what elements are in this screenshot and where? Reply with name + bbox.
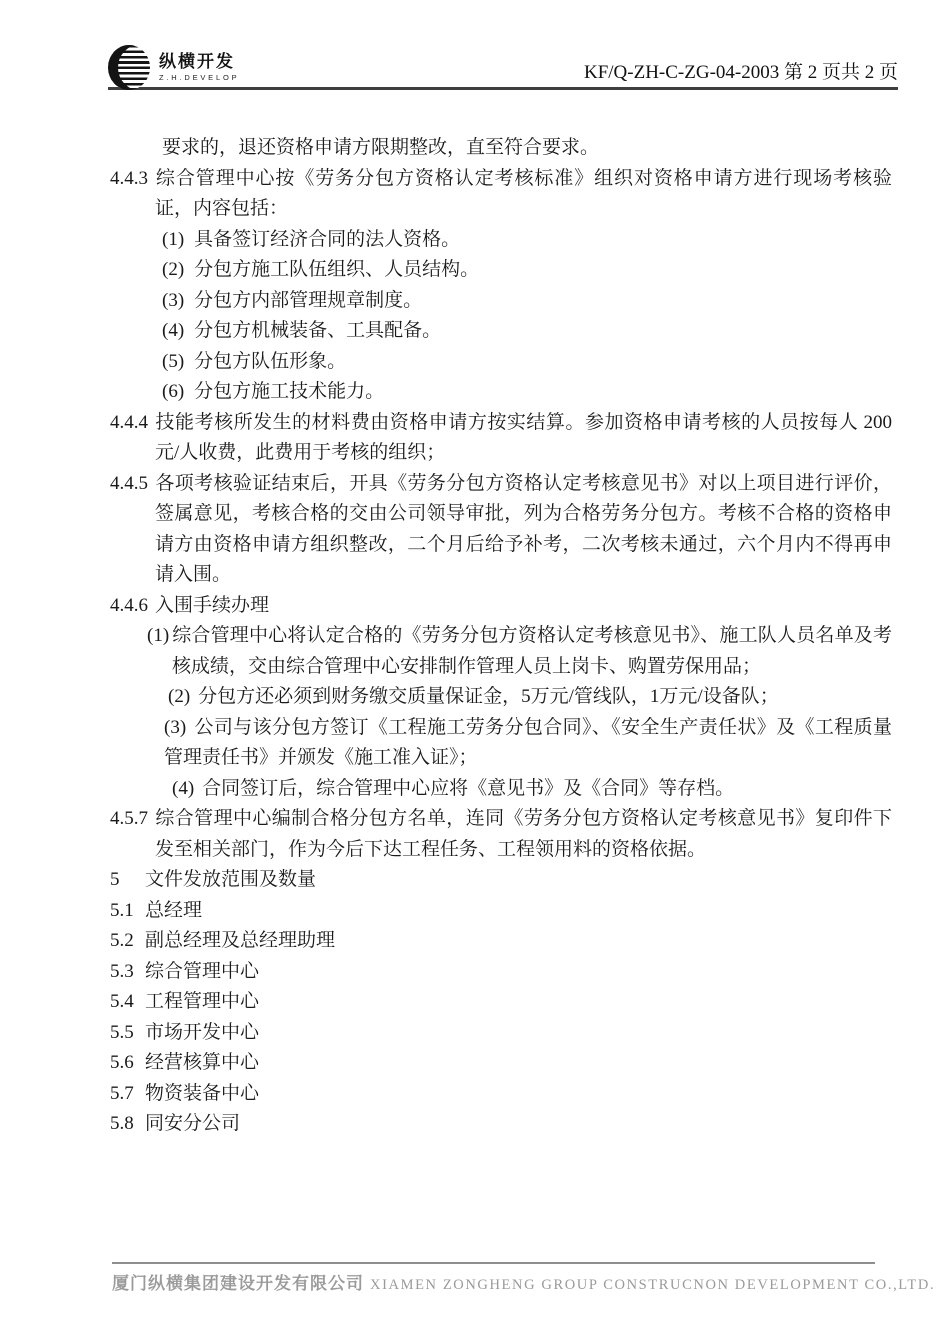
section-4-4-3: 4.4.3综合管理中心按《劳务分包方资格认定考核标准》组织对资格申请方进行现场考…: [155, 164, 892, 225]
section-4-4-5: 4.4.5各项考核验证结束后，开具《劳务分包方资格认定考核意见书》对以上项目进行…: [155, 469, 892, 591]
list-item-number: (3): [164, 717, 186, 738]
list-item-text: 具备签订经济合同的法人资格。: [194, 229, 460, 250]
paragraph-text: 综合管理中心按《劳务分包方资格认定考核标准》组织对资格申请方进行现场考核验证，内…: [155, 168, 892, 220]
list-item-number: (1): [162, 229, 184, 250]
section-5-8: 5.8同安分公司: [110, 1109, 892, 1140]
section-5-6: 5.6经营核算中心: [110, 1048, 892, 1079]
section-number: 5.2: [110, 926, 145, 957]
list-item-text: 公司与该分包方签订《工程施工劳务分包合同》、《安全生产责任状》及《工程质量管理责…: [164, 717, 892, 769]
list-item-number: (4): [162, 320, 184, 341]
section-number: 4.4.3: [110, 164, 155, 195]
list-item-text: 综合管理中心将认定合格的《劳务分包方资格认定考核意见书》、施工队人员名单及考核成…: [172, 625, 892, 677]
list-item: (2)分包方施工队伍组织、人员结构。: [162, 255, 892, 286]
document-page: { "header": { "logo_cn": "纵横开发", "logo_e…: [0, 0, 950, 1344]
section-number: 5.6: [110, 1048, 145, 1079]
list-item: (1)综合管理中心将认定合格的《劳务分包方资格认定考核意见书》、施工队人员名单及…: [172, 621, 892, 682]
section-text: 经营核算中心: [145, 1052, 259, 1073]
list-item: (4)分包方机械装备、工具配备。: [162, 316, 892, 347]
section-5-4: 5.4工程管理中心: [110, 987, 892, 1018]
list-item-text: 分包方队伍形象。: [194, 351, 346, 372]
section-text: 工程管理中心: [145, 991, 259, 1012]
section-number: 5.4: [110, 987, 145, 1018]
globe-crescent: [108, 45, 150, 90]
section-5-7: 5.7物资装备中心: [110, 1079, 892, 1110]
section-4-4-4: 4.4.4技能考核所发生的材料费由资格申请方按实结算。参加资格申请考核的人员按每…: [155, 408, 892, 469]
list-item: (3)公司与该分包方签订《工程施工劳务分包合同》、《安全生产责任状》及《工程质量…: [164, 713, 892, 774]
section-number: 4.4.5: [110, 469, 155, 500]
paragraph-text: 入围手续办理: [155, 595, 269, 616]
section-number: 4.5.7: [110, 804, 155, 835]
section-text: 市场开发中心: [145, 1022, 259, 1043]
page-indicator: 第 2 页共 2 页: [784, 62, 898, 83]
list-item-text: 分包方还必须到财务缴交质量保证金，5万元/管线队，1万元/设备队；: [198, 686, 779, 707]
section-text: 总经理: [145, 900, 202, 921]
section-number: 4.4.4: [110, 408, 155, 439]
globe-icon: [108, 45, 150, 90]
list-item-number: (2): [168, 686, 190, 707]
list-item-number: (1): [147, 621, 172, 652]
section-text: 物资装备中心: [145, 1083, 259, 1104]
section-4-5-7: 4.5.7综合管理中心编制合格分包方名单，连同《劳务分包方资格认定考核意见书》复…: [155, 804, 892, 865]
list-item-number: (6): [162, 381, 184, 402]
list-item: (3)分包方内部管理规章制度。: [162, 286, 892, 317]
section-5-heading: 5文件发放范围及数量: [110, 865, 892, 896]
section-title: 文件发放范围及数量: [145, 869, 316, 890]
section-text: 副总经理及总经理助理: [145, 930, 335, 951]
page-footer: 厦门纵横集团建设开发有限公司XIAMEN ZONGHENG GROUP CONS…: [112, 1262, 875, 1294]
footer-company-name-en: XIAMEN ZONGHENG GROUP CONSTRUCNON DEVELO…: [370, 1277, 935, 1293]
list-item-number: (2): [162, 259, 184, 280]
section-5-2: 5.2副总经理及总经理助理: [110, 926, 892, 957]
list-item-number: (3): [162, 290, 184, 311]
section-number: 5.3: [110, 957, 145, 988]
list-item-text: 分包方机械装备、工具配备。: [194, 320, 441, 341]
section-5-3: 5.3综合管理中心: [110, 957, 892, 988]
company-logo: 纵横开发 Z.H.DEVELOP: [108, 45, 239, 90]
list-item-text: 合同签订后，综合管理中心应将《意见书》及《合同》等存档。: [202, 778, 734, 799]
logo-text: 纵横开发 Z.H.DEVELOP: [159, 53, 239, 83]
list-item-number: (4): [172, 778, 194, 799]
section-number: 5.1: [110, 896, 145, 927]
section-text: 综合管理中心: [145, 961, 259, 982]
paragraph-continuation: 要求的，退还资格申请方限期整改，直至符合要求。: [162, 133, 892, 164]
section-text: 同安分公司: [145, 1113, 240, 1134]
section-number: 5.8: [110, 1109, 145, 1140]
list-item: (2)分包方还必须到财务缴交质量保证金，5万元/管线队，1万元/设备队；: [168, 682, 892, 713]
section-number: 4.4.6: [110, 591, 155, 622]
paragraph-text: 要求的，退还资格申请方限期整改，直至符合要求。: [162, 137, 599, 158]
logo-name-en: Z.H.DEVELOP: [159, 73, 239, 82]
list-item: (5)分包方队伍形象。: [162, 347, 892, 378]
paragraph-text: 技能考核所发生的材料费由资格申请方按实结算。参加资格申请考核的人员按每人 200…: [155, 412, 892, 464]
document-number: KF/Q-ZH-C-ZG-04-2003: [584, 62, 779, 83]
paragraph-text: 综合管理中心编制合格分包方名单，连同《劳务分包方资格认定考核意见书》复印件下发至…: [155, 808, 892, 860]
section-number: 5.7: [110, 1079, 145, 1110]
section-5-5: 5.5市场开发中心: [110, 1018, 892, 1049]
list-item: (6)分包方施工技术能力。: [162, 377, 892, 408]
list-item: (4)合同签订后，综合管理中心应将《意见书》及《合同》等存档。: [172, 774, 892, 805]
list-item-text: 分包方内部管理规章制度。: [194, 290, 422, 311]
document-number-and-page: KF/Q-ZH-C-ZG-04-2003 第 2 页共 2 页: [584, 57, 898, 87]
page-header: 纵横开发 Z.H.DEVELOP KF/Q-ZH-C-ZG-04-2003 第 …: [108, 40, 898, 90]
list-item-number: (5): [162, 351, 184, 372]
list-item-text: 分包方施工技术能力。: [194, 381, 384, 402]
list-item: (1)具备签订经济合同的法人资格。: [162, 225, 892, 256]
logo-name-cn: 纵横开发: [159, 53, 239, 72]
section-5-1: 5.1总经理: [110, 896, 892, 927]
paragraph-text: 各项考核验证结束后，开具《劳务分包方资格认定考核意见书》对以上项目进行评价，签属…: [155, 473, 892, 586]
section-number: 5: [110, 865, 145, 896]
section-4-4-6: 4.4.6入围手续办理: [155, 591, 892, 622]
list-item-text: 分包方施工队伍组织、人员结构。: [194, 259, 479, 280]
section-number: 5.5: [110, 1018, 145, 1049]
footer-company-name-cn: 厦门纵横集团建设开发有限公司: [112, 1274, 364, 1293]
document-body: 要求的，退还资格申请方限期整改，直至符合要求。 4.4.3综合管理中心按《劳务分…: [0, 133, 950, 1140]
